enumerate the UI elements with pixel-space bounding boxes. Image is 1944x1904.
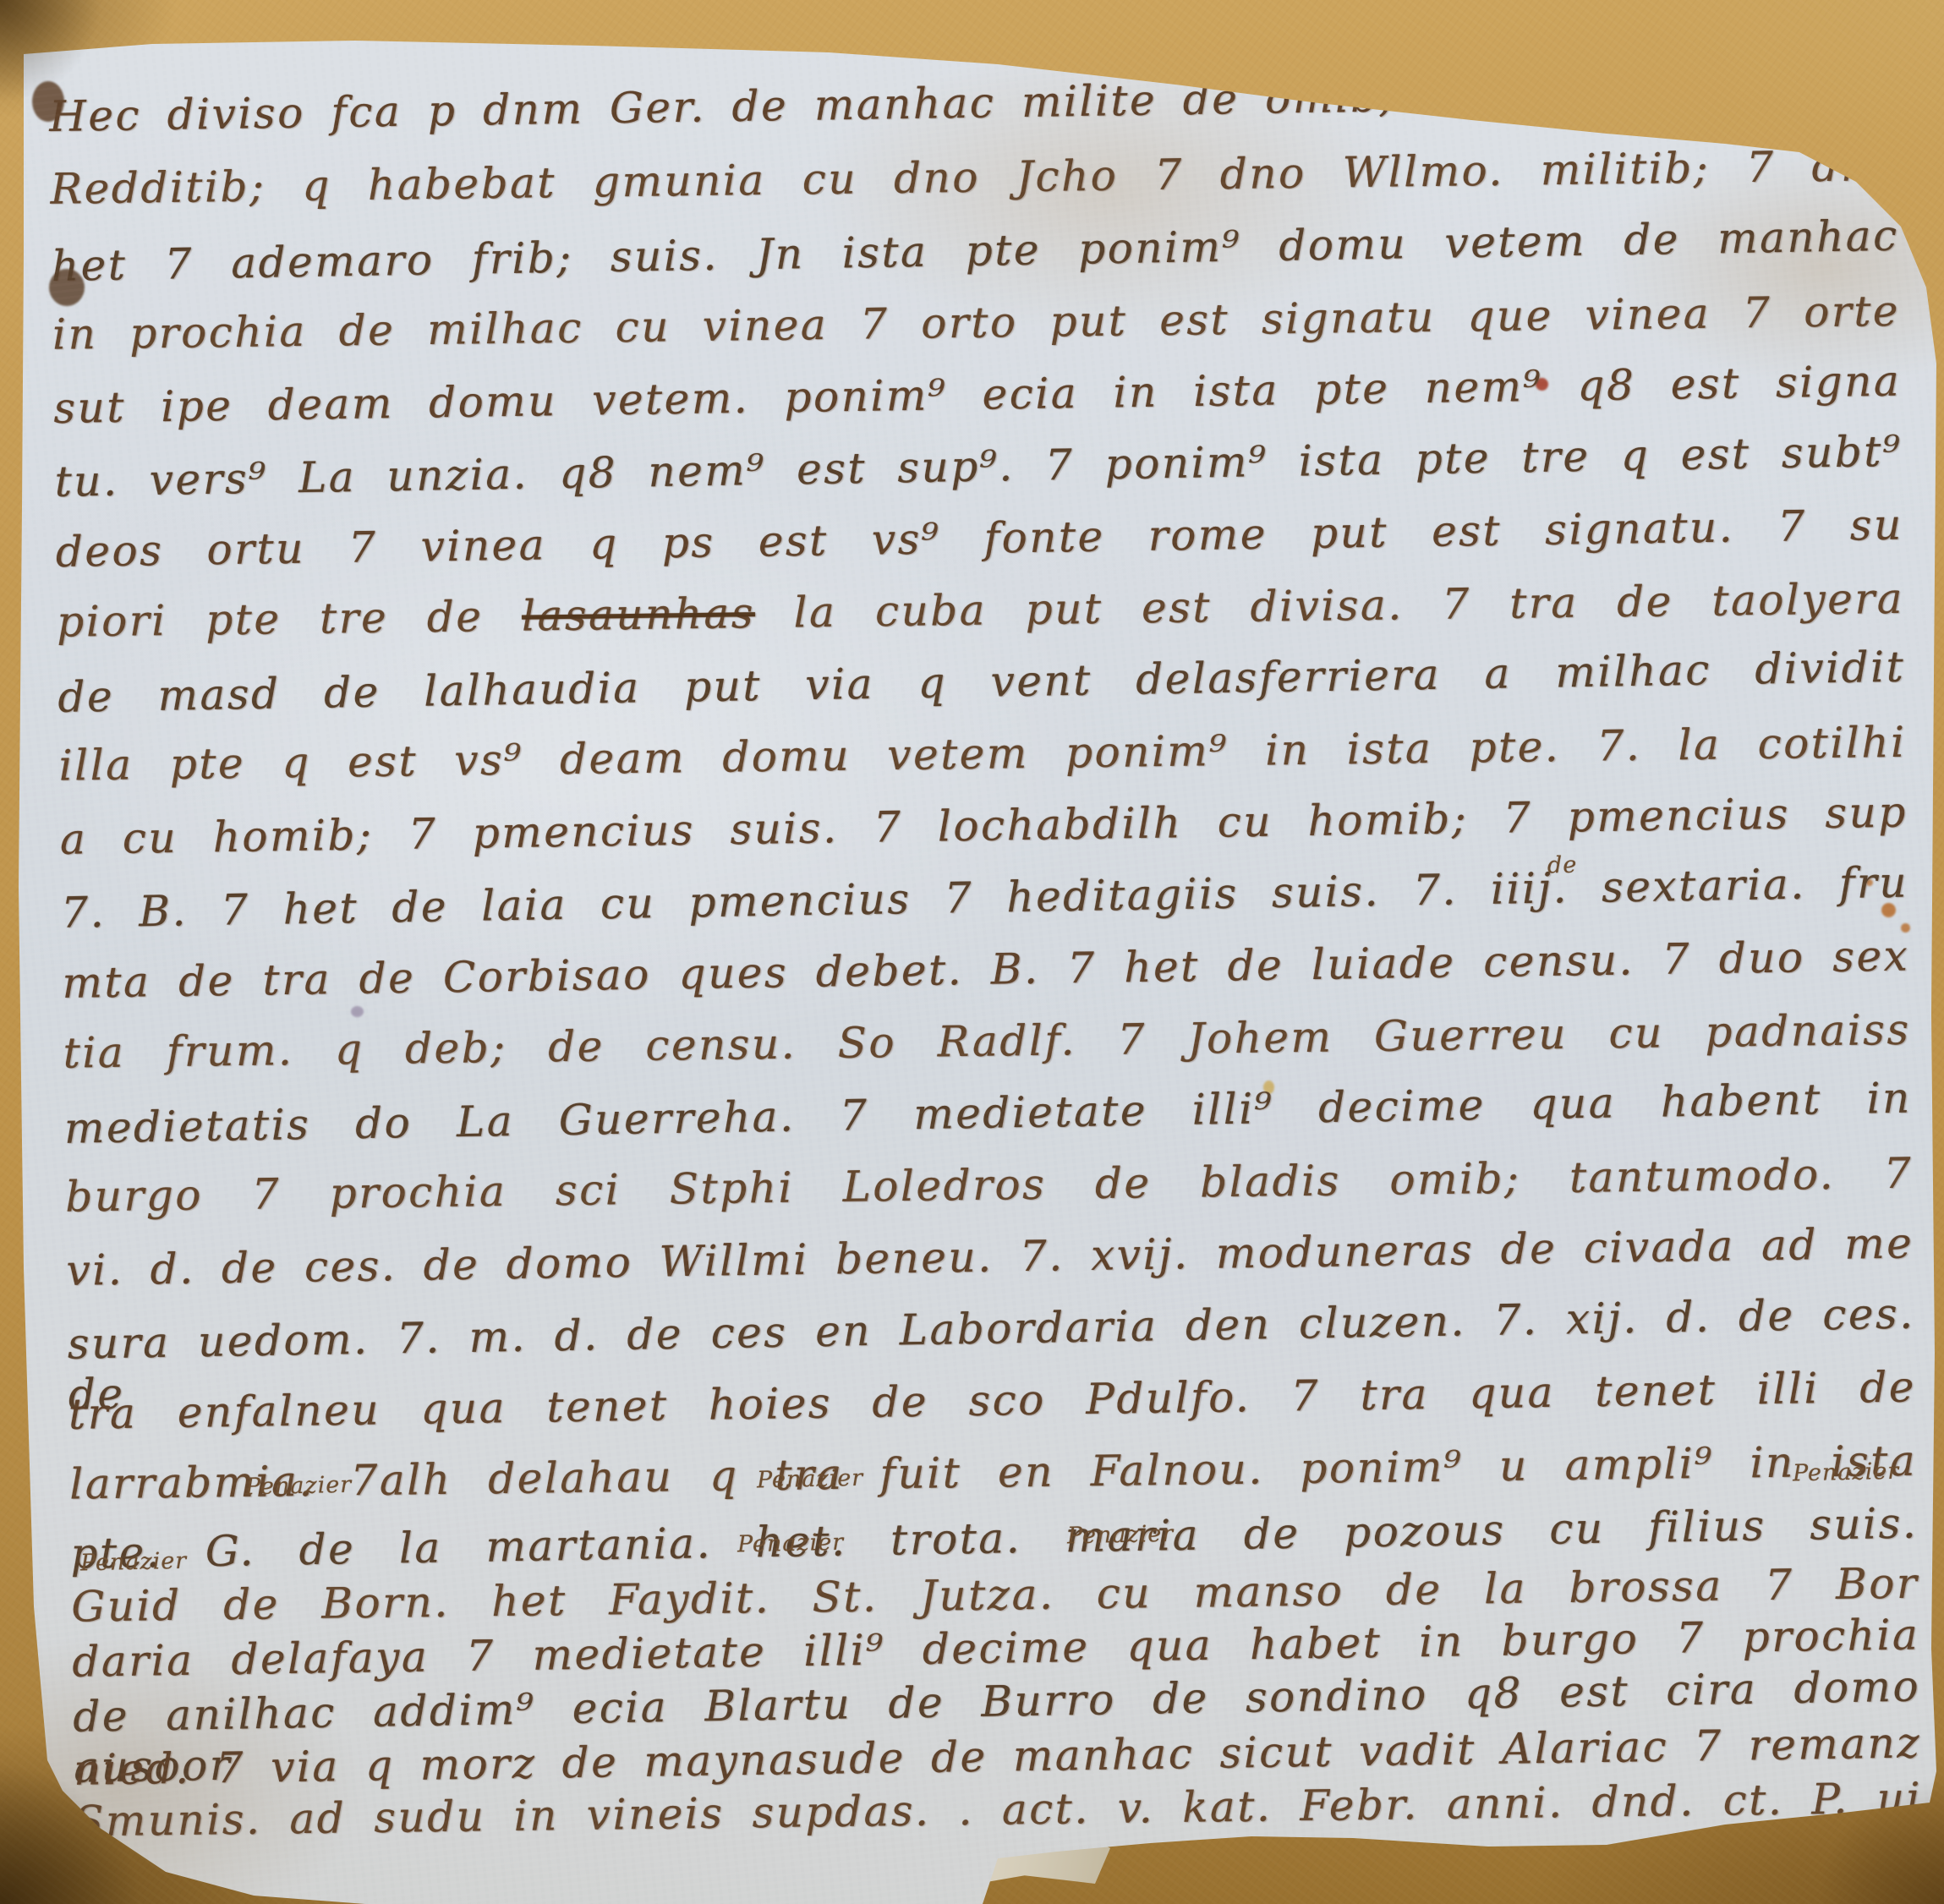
interlinear-note: Penazier — [757, 1465, 864, 1494]
struck-word: lasaunhas — [522, 588, 756, 641]
manuscript-line: piori pte tre de lasaunhas la cuba put e… — [57, 573, 1905, 649]
manuscript-line: Redditib; q habebat gmunia cu dno Jcho 7… — [50, 140, 1898, 216]
ink-blot-stain — [32, 81, 64, 122]
manuscript-line: pte. G. de la martania. het. trota. mari… — [70, 1497, 1919, 1580]
manuscript-line: sura uedom. 7. m. d. de ces en Labordari… — [67, 1288, 1915, 1371]
manuscript-photo: Hec diviso fca p dnm Ger. de manhac mili… — [0, 0, 1944, 1904]
manuscript-line: 7. B. 7 het de laia cu pmencius 7 hedita… — [61, 857, 1909, 940]
manuscript-line: vi. d. de ces. de domo Willmi beneu. 7. … — [66, 1217, 1914, 1297]
manuscript-line: de masd de lalhaudia put via q vent dela… — [57, 642, 1906, 725]
manuscript-line: larrabmia. 7alh delahau q tra fuit en Fa… — [69, 1436, 1918, 1512]
manuscript-line: in prochia de milhac cu vinea 7 orto put… — [52, 286, 1901, 362]
manuscript-line: tra enfalneu qua tenet hoies de sco Pdul… — [68, 1361, 1917, 1441]
manuscript-line: sut ipe deam domu vetem. ponim⁹ ecia in … — [53, 356, 1902, 435]
manuscript-text: Hec diviso fca p dnm Ger. de manhac mili… — [47, 0, 1927, 1904]
manuscript-line: tia frum. q deb; de censu. So Radlf. 7 J… — [63, 1004, 1911, 1081]
parchment-sheet: Hec diviso fca p dnm Ger. de manhac mili… — [0, 0, 1944, 1904]
interlinear-note: de — [1547, 852, 1578, 879]
ink-blot-stain — [49, 269, 85, 306]
manuscript-line: daria delafaya 7 medietate illi⁹ decime … — [72, 1609, 1920, 1688]
rust-stain — [1901, 923, 1910, 933]
manuscript-line: deos ortu 7 vinea q ps est vs⁹ fonte rom… — [55, 500, 1903, 579]
interlinear-note: Penazier — [245, 1472, 353, 1501]
yellow-stain — [1263, 1081, 1274, 1094]
manuscript-line: tu. vers⁹ La unzia. q8 nem⁹ est sup⁹. 7 … — [54, 426, 1903, 509]
interlinear-note: Penazier — [80, 1548, 188, 1577]
interlinear-note: Penazier — [1793, 1458, 1900, 1487]
manuscript-line: de anilhac addim⁹ ecia Blartu de Burro d… — [73, 1661, 1921, 1743]
manuscript-line: a cu homib; 7 pmencius suis. 7 lochabdil… — [60, 786, 1908, 866]
manuscript-line: medietatis do La Guerreha. 7 medietate i… — [64, 1073, 1913, 1156]
manuscript-line: nied. 7 via q morz de maynasude de manha… — [74, 1717, 1922, 1797]
interlinear-note: Penazier — [1067, 1521, 1175, 1550]
purple-stain — [351, 1006, 364, 1017]
manuscript-line: burgo 7 prochia sci Stphi Loledros de bl… — [65, 1148, 1914, 1224]
red-stain — [1536, 378, 1548, 391]
manuscript-line: illa pte q est vs⁹ deam domu vetem ponim… — [58, 717, 1907, 793]
manuscript-line: Smunis. ad sudu in vineis supdas. . act.… — [74, 1773, 1923, 1849]
manuscript-line: mta de tra de Corbisao ques debet. B. 7 … — [62, 930, 1910, 1009]
manuscript-line: het 7 ademaro frib; suis. Jn ista pte po… — [51, 211, 1899, 293]
interlinear-notes-layer: PenazierPenazierPenazierPenazierPenazier… — [0, 0, 1944, 1904]
rust-stain — [1881, 903, 1896, 917]
rust-stain — [1866, 879, 1873, 886]
manuscript-line: Guid de Born. het Faydit. St. Jutza. cu … — [71, 1558, 1919, 1634]
interlinear-note: Penazier — [737, 1529, 845, 1558]
